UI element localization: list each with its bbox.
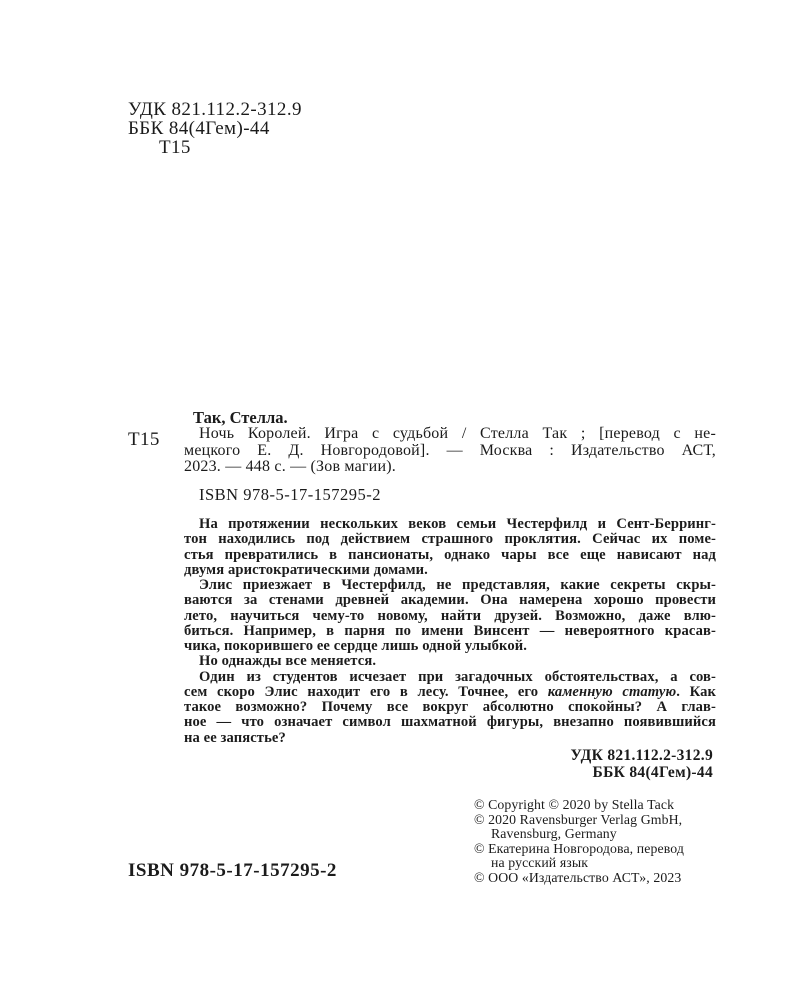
text-line: Ravensburg, Germany [474, 827, 684, 842]
text-line: ное — что означает символ шахматной фигу… [184, 715, 716, 730]
author-heading: Так, Стелла. [184, 409, 716, 426]
copyright-block: © Copyright © 2020 by Stella Tack© 2020 … [474, 798, 684, 886]
text-line: Один из студентов исчезает при загадочны… [184, 670, 716, 685]
text-line: Но однажды все меняется. [184, 654, 716, 669]
udk-code: УДК 821.112.2-312.9 [128, 100, 302, 119]
text-line: мецкого Е. Д. Новгородовой]. — Москва : … [184, 443, 716, 460]
text-line: Элис приезжает в Честерфилд, не представ… [184, 578, 716, 593]
annotation-paragraph: Но однажды все меняется. [184, 654, 716, 669]
text-line: двумя аристократическими домами. [184, 563, 716, 578]
text-line: На протяжении нескольких веков семьи Чес… [184, 517, 716, 532]
catalog-card: Так, Стелла. Ночь Королей. Игра с судьбо… [184, 409, 716, 782]
book-imprint-page: { "top_block": { "udk": "УДК 821.112.2-3… [0, 0, 800, 1000]
catalog-isbn: ISBN 978-5-17-157295-2 [184, 485, 716, 505]
text-line: тон находились под действием страшного п… [184, 532, 716, 547]
annotation-paragraph: Один из студентов исчезает при загадочны… [184, 670, 716, 746]
text-line: на ее запястье? [184, 731, 716, 746]
annotation-paragraph: На протяжении нескольких веков семьи Чес… [184, 517, 716, 578]
udk-footer: УДК 821.112.2-312.9 ББК 84(4Гем)-44 [184, 747, 716, 782]
udk-code-footer: УДК 821.112.2-312.9 [184, 747, 713, 765]
text-line: биться. Например, в парня по имени Винсе… [184, 624, 716, 639]
text-line: ваются за стенами древней академии. Она … [184, 593, 716, 608]
text-line: © Екатерина Новгородова, перевод [474, 842, 684, 857]
text-line: © Copyright © 2020 by Stella Tack [474, 798, 684, 813]
text-line: 2023. — 448 с. — (Зов магии). [184, 459, 716, 476]
text-line: Ночь Королей. Игра с судьбой / Стелла Та… [184, 426, 716, 443]
annotation: На протяжении нескольких веков семьи Чес… [184, 517, 716, 746]
author-sign-code: Т15 [128, 138, 302, 157]
text-line: лето, научиться чему-то новому, найти др… [184, 609, 716, 624]
text-line: сем скоро Элис находит его в лесу. Точне… [184, 685, 716, 700]
text-line: такое возможно? Почему все вокруг абсолю… [184, 700, 716, 715]
text-line: стья превратились в пансионаты, однако ч… [184, 548, 716, 563]
annotation-paragraph: Элис приезжает в Честерфилд, не представ… [184, 578, 716, 654]
hanging-author-code: Т15 [128, 429, 160, 451]
text-line: © 2020 Ravensburger Verlag GmbH, [474, 813, 684, 828]
classification-block: УДК 821.112.2-312.9 ББК 84(4Гем)-44 Т15 [128, 100, 302, 157]
bibliographic-record: Ночь Королей. Игра с судьбой / Стелла Та… [184, 426, 716, 476]
bbk-code-footer: ББК 84(4Гем)-44 [184, 764, 713, 782]
text-line: © ООО «Издательство АСТ», 2023 [474, 871, 684, 886]
bbk-code: ББК 84(4Гем)-44 [128, 119, 302, 138]
text-line: на русский язык [474, 856, 684, 871]
text-line: чика, покорившего ее сердце лишь одной у… [184, 639, 716, 654]
isbn-bottom: ISBN 978-5-17-157295-2 [128, 860, 337, 882]
